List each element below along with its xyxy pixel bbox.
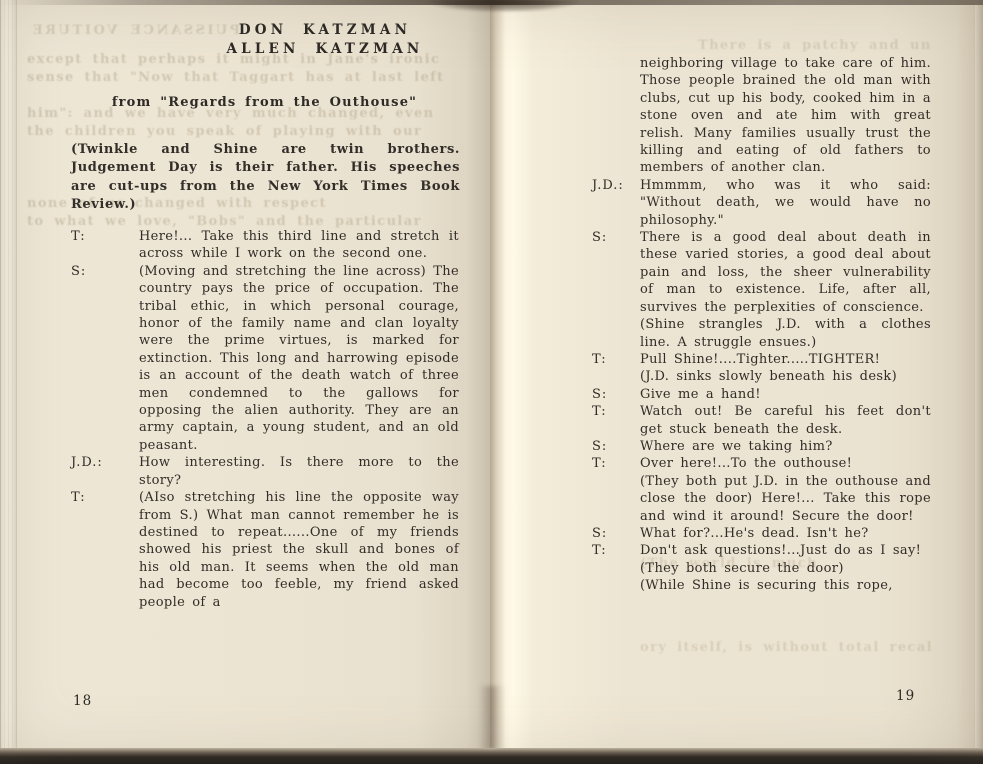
dialogue-row: T: Over here!...To the outhouse! xyxy=(592,455,931,472)
dialogue-text: (They both put J.D. in the outhouse and … xyxy=(640,473,931,525)
dialogue-row: neighboring village to take care of him.… xyxy=(592,55,931,177)
dialogue-text: (Shine strangles J.D. with a clothes lin… xyxy=(640,316,931,351)
dialogue-text: Give me a hand! xyxy=(640,386,931,403)
speaker-label: T: xyxy=(71,489,139,506)
dialogue-text: neighboring village to take care of him.… xyxy=(640,55,931,177)
author-name-2: ALLEN KATZMAN xyxy=(189,40,461,59)
dialogue-row: S: What for?...He's dead. Isn't he? xyxy=(592,525,931,542)
dialogue-text: Where are we taking him? xyxy=(640,438,931,455)
source-title: from "Regards from the Outhouse" xyxy=(71,95,458,110)
dialogue-text: Pull Shine!....Tighter.....TIGHTER! xyxy=(640,351,931,368)
ghost-showthrough-line: There is a patchy and uncertain mal- xyxy=(698,38,932,53)
dialogue-block-right: neighboring village to take care of him.… xyxy=(592,55,931,595)
speaker-label: S: xyxy=(592,229,640,246)
left-page: PUISSANCE VOITURE except that perhaps it… xyxy=(17,0,490,752)
dialogue-row: T: Don't ask questions!...Just do as I s… xyxy=(592,542,931,559)
dialogue-text: Over here!...To the outhouse! xyxy=(640,455,931,472)
dialogue-text: (They both secure the door) xyxy=(640,560,931,577)
right-page: There is a patchy and uncertain mal- (Th… xyxy=(490,0,975,752)
dialogue-text: Hmmmm, who was it who said: "Without dea… xyxy=(640,177,931,229)
speaker-label: T: xyxy=(592,455,640,472)
dialogue-row: T: Pull Shine!....Tighter.....TIGHTER! xyxy=(592,351,931,368)
speaker-label: T: xyxy=(592,542,640,559)
book-bottom-edge xyxy=(0,748,983,764)
dialogue-block-left: T: Here!... Take this third line and str… xyxy=(71,228,459,611)
gutter-top-shadow xyxy=(428,0,578,12)
dialogue-row: S: (Moving and stretching the line acros… xyxy=(71,263,459,454)
dialogue-row: (Shine strangles J.D. with a clothes lin… xyxy=(592,316,931,351)
speaker-label: T: xyxy=(592,351,640,368)
dialogue-text: Watch out! Be careful his feet don't get… xyxy=(640,403,931,438)
dialogue-row: T: Watch out! Be careful his feet don't … xyxy=(592,403,931,438)
page-stack-edge-left xyxy=(0,0,17,752)
book-spread-photo: PUISSANCE VOITURE except that perhaps it… xyxy=(0,0,983,764)
dialogue-row: T: (AIso stretching his line the opposit… xyxy=(71,489,459,611)
page-edge-right-shadow xyxy=(973,0,983,752)
dialogue-row: (They both secure the door) xyxy=(592,560,931,577)
dialogue-row: (While Shine is securing this rope, xyxy=(592,577,931,594)
ghost-showthrough-line: sense that "Now that Taggart has at last… xyxy=(27,70,479,85)
speaker-label: S: xyxy=(71,263,139,280)
speaker-label: T: xyxy=(71,228,139,245)
dialogue-text: What for?...He's dead. Isn't he? xyxy=(640,525,931,542)
dialogue-row: J.D.: How interesting. Is there more to … xyxy=(71,454,459,489)
speaker-label: J.D.: xyxy=(71,454,139,471)
dialogue-text: (Moving and stretching the line across) … xyxy=(139,263,459,454)
speaker-label: S: xyxy=(592,386,640,403)
dialogue-row: S: Give me a hand! xyxy=(592,386,931,403)
page-number-right: 19 xyxy=(896,688,915,704)
dialogue-row: T: Here!... Take this third line and str… xyxy=(71,228,459,263)
author-names: DON KATZMAN ALLEN KATZMAN xyxy=(189,21,461,59)
dialogue-text: How interesting. Is there more to the st… xyxy=(139,454,459,489)
ghost-showthrough-line: ory itself, is without total recall. xyxy=(640,640,932,655)
dialogue-row: J.D.: Hmmmm, who was it who said: "Witho… xyxy=(592,177,931,229)
dialogue-text: Here!... Take this third line and stretc… xyxy=(139,228,459,263)
dialogue-text: (J.D. sinks slowly beneath his desk) xyxy=(640,368,931,385)
dialogue-text: (AIso stretching his line the opposite w… xyxy=(139,489,459,611)
gutter-bottom-shadow xyxy=(479,686,507,750)
dialogue-row: (They both put J.D. in the outhouse and … xyxy=(592,473,931,525)
ghost-showthrough-line: the children you speak of playing with o… xyxy=(27,124,479,139)
ghost-showthrough-line: to what we love, "Bobs" and the particul… xyxy=(27,214,479,229)
page-number-left: 18 xyxy=(73,693,92,709)
speaker-label: T: xyxy=(592,403,640,420)
intro-note: (Twinkle and Shine are twin brothers. Ju… xyxy=(71,141,460,214)
speaker-label: S: xyxy=(592,525,640,542)
dialogue-text: There is a good deal about death in thes… xyxy=(640,229,931,316)
dialogue-row: (J.D. sinks slowly beneath his desk) xyxy=(592,368,931,385)
dialogue-text: Don't ask questions!...Just do as I say! xyxy=(640,542,931,559)
speaker-label: S: xyxy=(592,438,640,455)
author-name-1: DON KATZMAN xyxy=(189,21,461,40)
speaker-label: J.D.: xyxy=(592,177,640,194)
dialogue-row: S: There is a good deal about death in t… xyxy=(592,229,931,316)
dialogue-row: S: Where are we taking him? xyxy=(592,438,931,455)
dialogue-text: (While Shine is securing this rope, xyxy=(640,577,931,594)
